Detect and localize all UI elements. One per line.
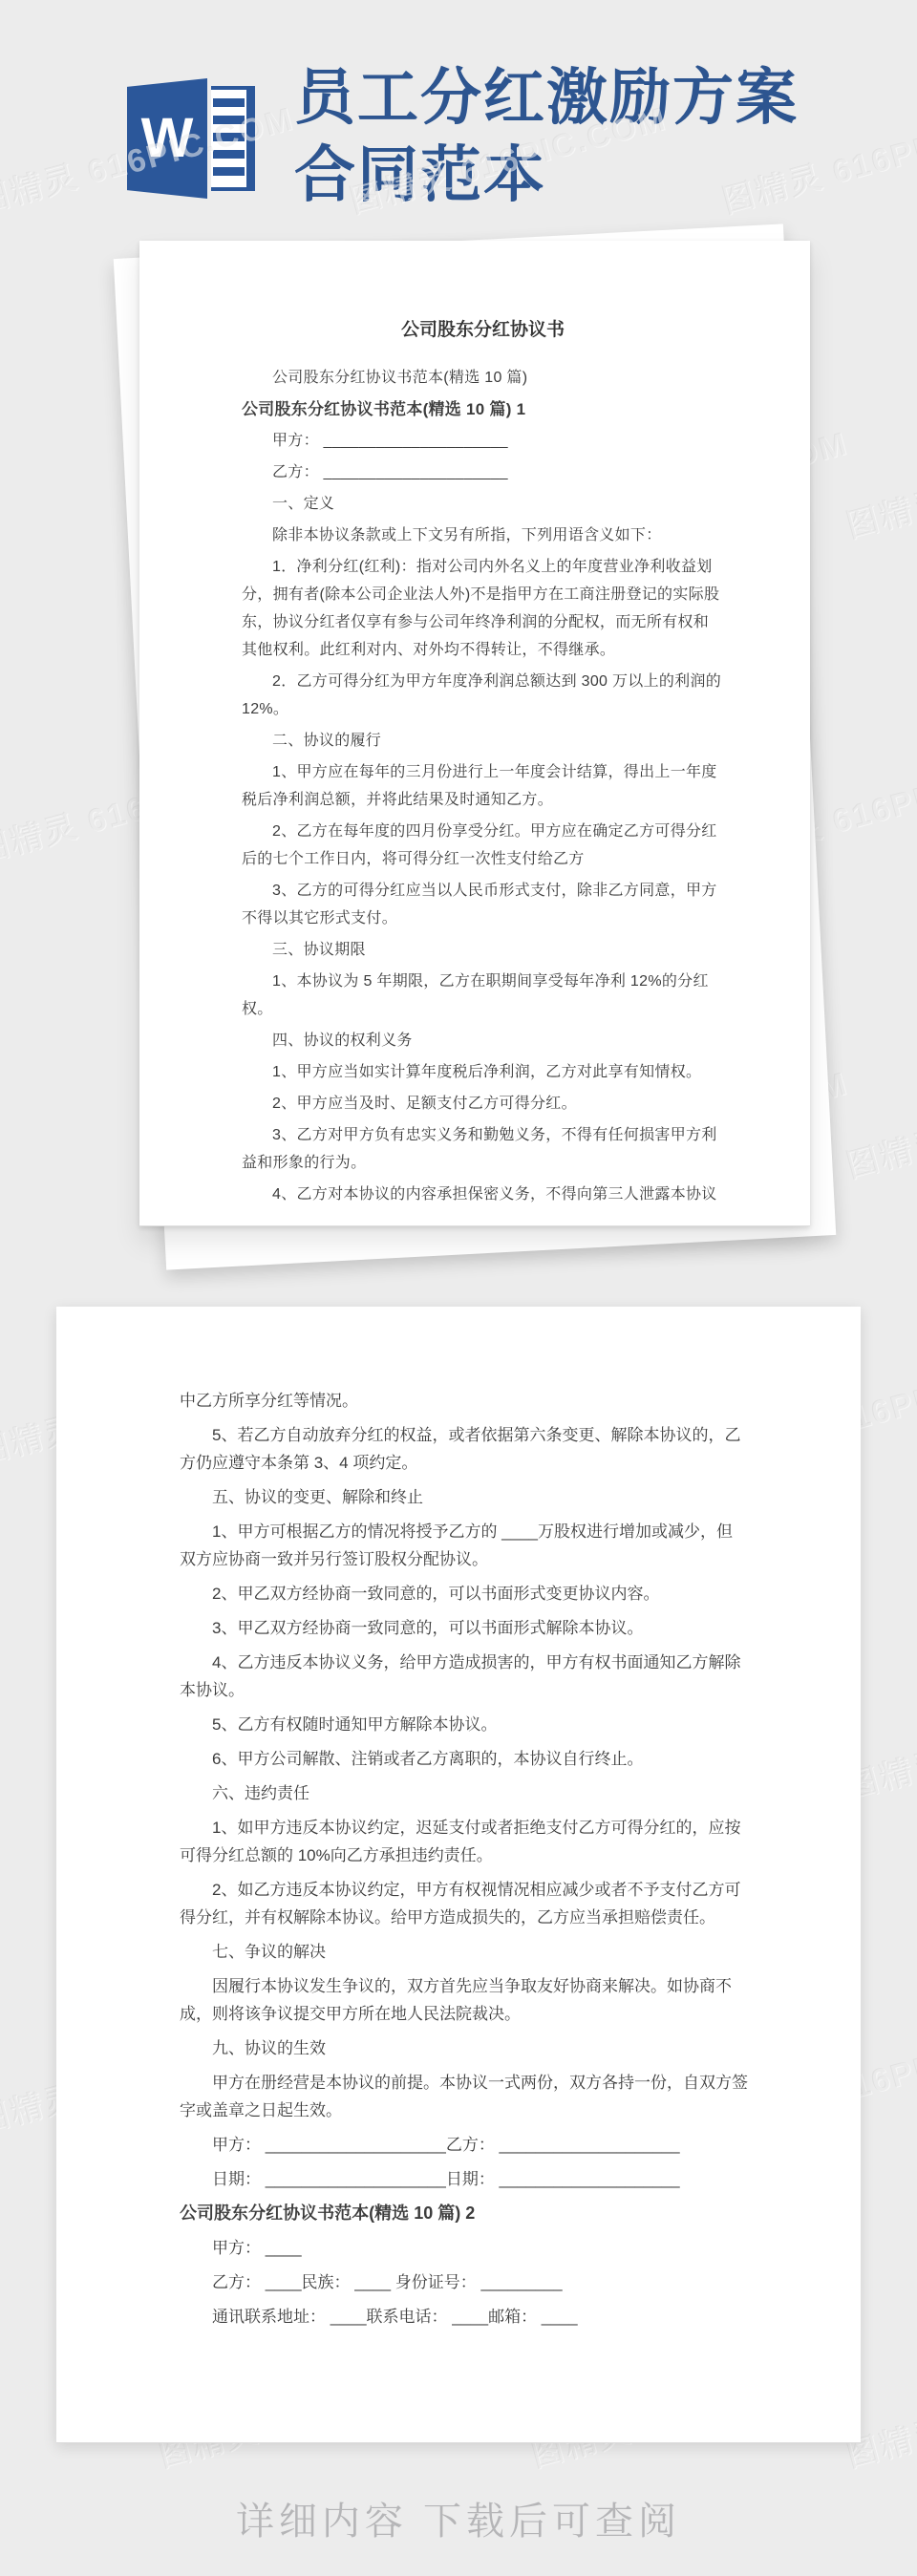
paragraph: 中乙方所享分红等情况。 [180,1387,748,1415]
paragraph: 乙方： ____民族： ____ 身份证号： _________ [180,2268,748,2296]
paragraph: 3、乙方对甲方负有忠实义务和勤勉义务，不得有任何损害甲方利益和形象的行为。 [242,1121,724,1177]
paragraph: 甲方在册经营是本协议的前提。本协议一式两份，双方各持一份，自双方签字或盖章之日起… [180,2069,748,2124]
paragraph: 九、协议的生效 [180,2034,748,2062]
paragraph: 4、乙方违反本协议义务，给甲方造成损害的，甲方有权书面通知乙方解除本协议。 [180,1649,748,1704]
paragraph: 甲方： ____ [180,2234,748,2262]
footer-note: 详细内容 下载后可查阅 [0,2491,917,2545]
paragraph: 二、协议的履行 [242,727,724,755]
paragraph: 三、协议期限 [242,936,724,964]
paragraph: 五、协议的变更、解除和终止 [180,1483,748,1511]
header: W 员工分红激励方案合同范本 [0,0,917,239]
paragraph: 甲方： ____________________乙方： ____________… [180,2131,748,2159]
paragraph: 除非本协议条款或上下文另有所指，下列用语含义如下： [242,522,724,549]
paragraph: 2、甲方应当及时、足额支付乙方可得分红。 [242,1090,724,1118]
paragraph: 5、若乙方自动放弃分红的权益，或者依据第六条变更、解除本协议的，乙方仍应遵守本条… [180,1421,748,1477]
paragraph: 因履行本协议发生争议的，双方首先应当争取友好协商来解决。如协商不成，则将该争议提… [180,1972,748,2028]
paragraph: 四、协议的权利义务 [242,1027,724,1054]
document-body-1: 公司股东分红协议书范本(精选 10 篇)公司股东分红协议书范本(精选 10 篇)… [242,364,724,1208]
paragraph: 1、本协议为 5 年期限，乙方在职期间享受每年净利 12%的分红权。 [242,968,724,1023]
paragraph: 1、甲方应当如实计算年度税后净利润，乙方对此享有知情权。 [242,1058,724,1086]
paragraph: 5、乙方有权随时通知甲方解除本协议。 [180,1711,748,1738]
paragraph: 1、甲方可根据乙方的情况将授予乙方的 ____万股权进行增加或减少，但双方应协商… [180,1518,748,1573]
paragraph: 3、乙方的可得分红应当以人民币形式支付，除非乙方同意，甲方不得以其它形式支付。 [242,877,724,932]
paragraph: 3、甲乙双方经协商一致同意的，可以书面形式解除本协议。 [180,1614,748,1642]
watermark-text: 图精灵 616PIC.COM [840,1057,917,1187]
paragraph: 甲方： _____________________ [242,427,724,455]
page-title-line1: 员工分红激励方案 [294,64,799,132]
word-icon-page [211,86,255,191]
paragraph: 通讯联系地址： ____联系电话： ____邮箱： ____ [180,2303,748,2331]
word-icon-cover: W [127,78,207,199]
document-body-2: 中乙方所享分红等情况。5、若乙方自动放弃分红的权益，或者依据第六条变更、解除本协… [180,1387,748,2331]
paragraph: 6、甲方公司解散、注销或者乙方离职的，本协议自行终止。 [180,1745,748,1773]
paragraph: 六、违约责任 [180,1779,748,1807]
paragraph: 2、甲乙双方经协商一致同意的，可以书面形式变更协议内容。 [180,1580,748,1607]
word-icon-text-lines [213,98,245,177]
paragraph: 七、争议的解决 [180,1938,748,1966]
paragraph: 公司股东分红协议书范本(精选 10 篇) 2 [180,2200,748,2227]
paragraph: 公司股东分红协议书范本(精选 10 篇) [242,364,724,392]
document-title: 公司股东分红协议书 [242,315,724,341]
document-preview-page-1: 公司股东分红协议书 公司股东分红协议书范本(精选 10 篇)公司股东分红协议书范… [139,241,810,1226]
page-title: 员工分红激励方案合同范本 [294,59,799,214]
paragraph: 2、如乙方违反本协议约定，甲方有权视情况相应减少或者不予支付乙方可得分红，并有权… [180,1876,748,1931]
paragraph: 4、乙方对本协议的内容承担保密义务，不得向第三人泄露本协议 [242,1181,724,1208]
word-icon-letter: W [141,111,194,166]
word-document-icon: W [127,78,255,199]
paragraph: 1、甲方应在每年的三月份进行上一年度会计结算，得出上一年度税后净利润总额，并将此… [242,758,724,814]
page-title-line2: 合同范本 [294,141,546,209]
paragraph: 2、乙方在每年度的四月份享受分红。甲方应在确定乙方可得分红后的七个工作日内，将可… [242,818,724,873]
paragraph: 1、如甲方违反本协议约定，迟延支付或者拒绝支付乙方可得分红的，应按可得分红总额的… [180,1814,748,1869]
paragraph: 1．净利分红(红利)：指对公司内外名义上的年度营业净利收益划分，拥有者(除本公司… [242,553,724,664]
paragraph: 2．乙方可得分红为甲方年度净利润总额达到 300 万以上的利润的12%。 [242,668,724,723]
paragraph: 公司股东分红协议书范本(精选 10 篇) 1 [242,395,724,423]
document-preview-page-2: 中乙方所享分红等情况。5、若乙方自动放弃分红的权益，或者依据第六条变更、解除本协… [56,1307,861,2443]
watermark-text: 图精灵 616PIC.COM [840,417,917,547]
paragraph: 一、定义 [242,490,724,518]
page-canvas: 图精灵 616PIC.COM图精灵 616PIC.COM图精灵 616PIC.C… [0,0,917,2576]
paragraph: 乙方： _____________________ [242,458,724,486]
paragraph: 日期： ____________________日期： ____________… [180,2165,748,2193]
